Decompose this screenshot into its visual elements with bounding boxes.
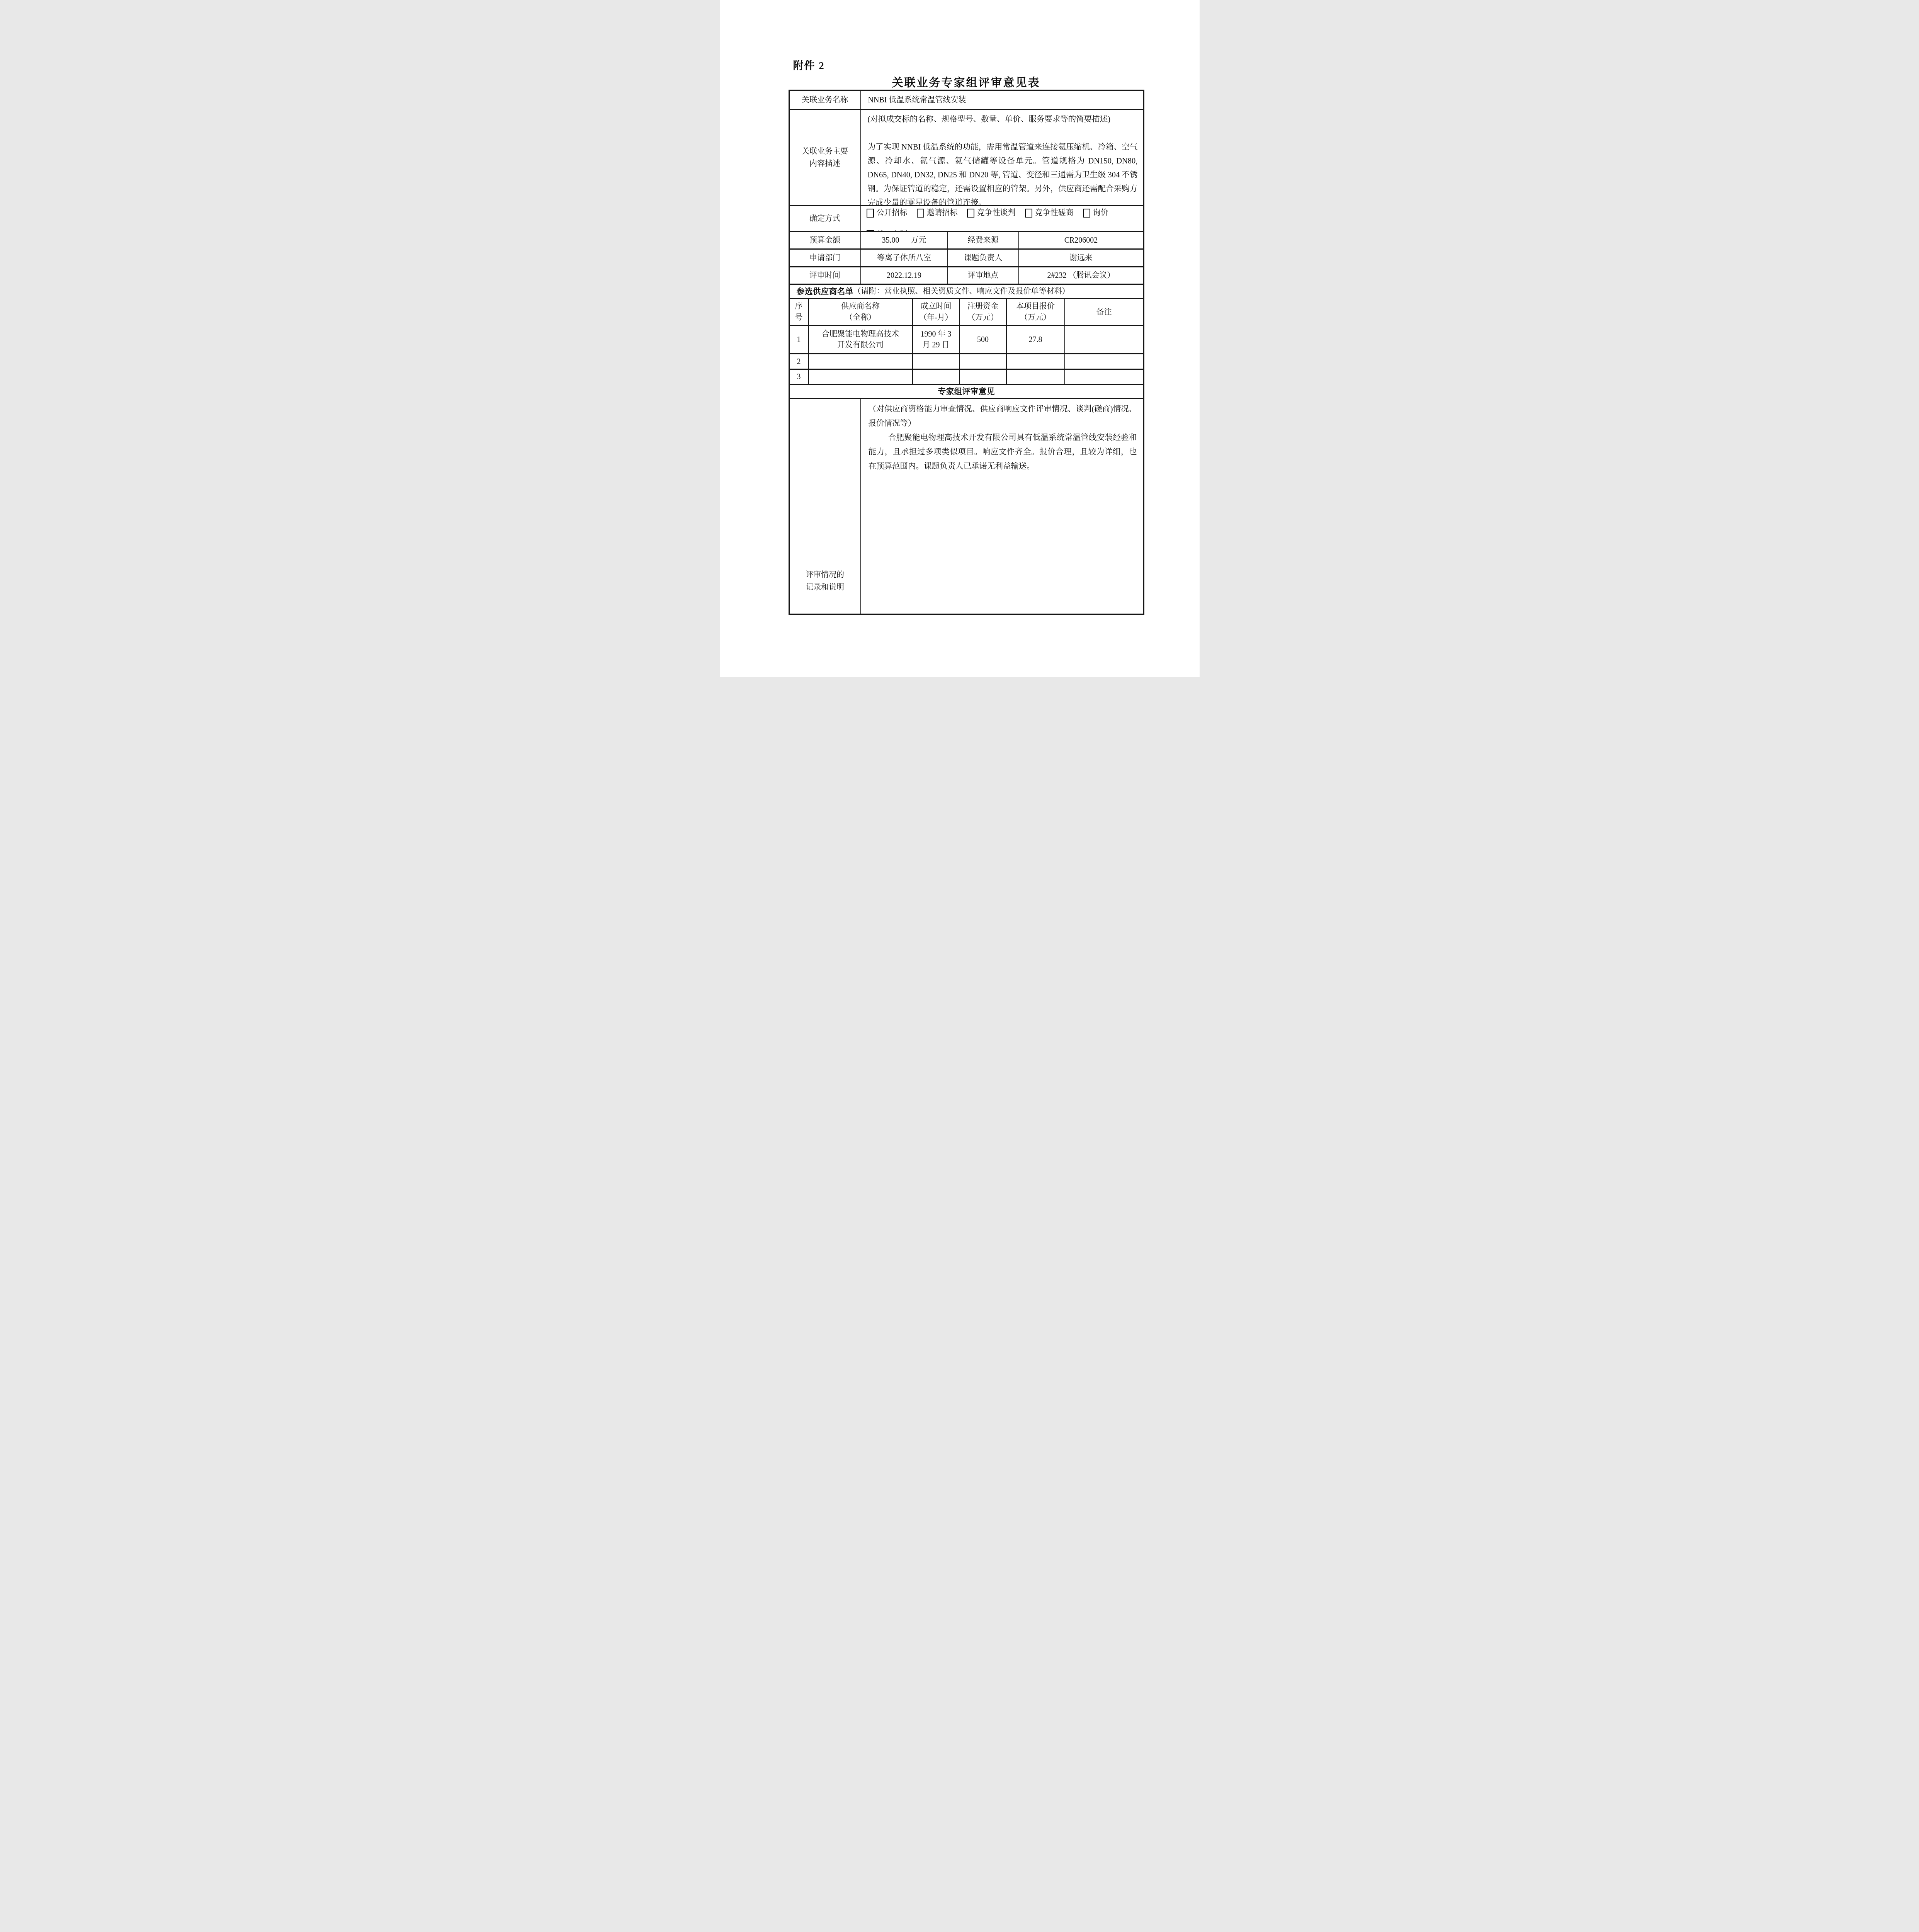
budget-unit: 万元 (911, 235, 926, 246)
supplier-row-quote: 27.8 (1007, 326, 1064, 353)
supplier-header-founded: 成立时间 （年-月） (913, 299, 959, 325)
supplier-row-no: 3 (790, 370, 808, 384)
review-record-cell: （对供应商资格能力审查情况、供应商响应文件评审情况、谈判(磋商)情况、报价情况等… (861, 399, 1143, 614)
description-body: 为了实现 NNBI 低温系统的功能，需用常温管道来连接氦压缩机、冷箱、空气源、冷… (868, 140, 1138, 205)
description-label: 关联业务主要 内容描述 (790, 110, 860, 205)
supplier-row-name (809, 354, 912, 369)
leader-label: 课题负责人 (948, 250, 1018, 266)
header-line: （全称） (845, 312, 876, 323)
checkbox-unchecked-icon (1083, 209, 1090, 218)
method-option-competitive-consultation: 竞争性磋商 (1025, 207, 1074, 218)
leader-value: 谢远来 (1019, 250, 1143, 266)
supplier-header-capital: 注册资金 （万元） (960, 299, 1006, 325)
review-form-table: 关联业务名称 NNBI 低温系统常温管线安装 关联业务主要 内容描述 (对拟成交… (789, 90, 1144, 615)
review-record-label: 评审情况的 记录和说明 (790, 399, 860, 614)
checkbox-unchecked-icon (1025, 209, 1032, 218)
review-time-label: 评审时间 (790, 267, 860, 284)
supplier-row-name: 合肥聚能电物理高技术开发有限公司 (809, 326, 912, 353)
document-page: 附件 2 关联业务专家组评审意见表 关联业务名称 NNBI 低温系统常温管线安装… (720, 0, 1200, 677)
review-record-label-line1: 评审情况的 (806, 569, 844, 581)
supplier-row-capital (960, 370, 1006, 384)
description-label-line2: 内容描述 (809, 158, 840, 170)
header-line: 注册资金 (967, 301, 998, 312)
business-name-label: 关联业务名称 (790, 91, 860, 109)
supplier-header-quote: 本项目报价 （万元） (1007, 299, 1064, 325)
header-line: （万元） (1020, 312, 1051, 323)
review-place-label: 评审地点 (948, 267, 1018, 284)
department-label: 申请部门 (790, 250, 860, 266)
method-option-single-source: 单一来源 (867, 229, 908, 231)
supplier-row-remark (1065, 370, 1143, 384)
description-label-line1: 关联业务主要 (802, 145, 848, 158)
supplier-row-no: 1 (790, 326, 808, 353)
method-label: 确定方式 (790, 206, 860, 231)
department-value: 等离子体所八室 (861, 250, 947, 266)
method-option-competitive-negotiation: 竞争性谈判 (967, 207, 1016, 218)
supplier-row-capital (960, 354, 1006, 369)
supplier-row-remark (1065, 354, 1143, 369)
supplier-row-quote (1007, 370, 1064, 384)
supplier-row-name (809, 370, 912, 384)
header-line: 供应商名称 (841, 301, 880, 312)
review-record-label-line2: 记录和说明 (806, 581, 844, 594)
supplier-header-remark: 备注 (1065, 299, 1143, 325)
supplier-row-quote (1007, 354, 1064, 369)
supplier-row-founded: 1990 年 3 月 29 日 (913, 326, 959, 353)
method-option-label: 竞争性磋商 (1035, 207, 1074, 218)
funding-source-value: CR206002 (1019, 232, 1143, 248)
supplier-row-founded (913, 354, 959, 369)
supplier-row-capital: 500 (960, 326, 1006, 353)
supplier-section-title: 参选供应商名单 (797, 286, 853, 297)
supplier-section-note: （请附：营业执照、相关资质文件、响应文件及报价单等材料） (853, 286, 1070, 297)
description-cell: (对拟成交标的名称、规格型号、数量、单价、服务要求等的简要描述) 为了实现 NN… (861, 110, 1143, 205)
page-title: 关联业务专家组评审意见表 (789, 74, 1144, 90)
funding-source-label: 经费来源 (948, 232, 1018, 248)
supplier-header-name: 供应商名称 （全称） (809, 299, 912, 325)
budget-amount: 35.00 (882, 235, 899, 246)
supplier-row-remark (1065, 326, 1143, 353)
method-option-label: 单一来源 (877, 229, 908, 231)
review-record-note: （对供应商资格能力审查情况、供应商响应文件评审情况、谈判(磋商)情况、报价情况等… (869, 402, 1137, 431)
supplier-row-no: 2 (790, 354, 808, 369)
header-line: 成立时间 (921, 301, 952, 312)
review-place-value: 2#232 （腾讯会议） (1019, 267, 1143, 284)
header-line: （年-月） (919, 312, 953, 323)
header-line: 本项目报价 (1016, 301, 1055, 312)
review-time-value: 2022.12.19 (861, 267, 947, 284)
review-record-body: 合肥聚能电物理高技术开发有限公司具有低温系统常温管线安装经验和能力，且承担过多项… (869, 431, 1137, 474)
description-note: (对拟成交标的名称、规格型号、数量、单价、服务要求等的简要描述) (868, 112, 1138, 126)
method-option-label: 公开招标 (877, 207, 908, 218)
supplier-row-founded (913, 370, 959, 384)
checkbox-unchecked-icon (917, 209, 924, 218)
expert-section-title: 专家组评审意见 (790, 385, 1143, 398)
method-option-inquiry: 询价 (1083, 207, 1108, 218)
attachment-label: 附件 2 (793, 57, 825, 72)
supplier-section-heading: 参选供应商名单 （请附：营业执照、相关资质文件、响应文件及报价单等材料） (790, 285, 1143, 298)
checkbox-checked-icon (867, 230, 874, 231)
method-options: 公开招标 邀请招标 竞争性谈判 竞争性磋商 询价 单一来源 (861, 206, 1143, 231)
header-line: 号 (795, 312, 803, 323)
supplier-header-no: 序 号 (790, 299, 808, 325)
method-option-label: 询价 (1093, 207, 1108, 218)
method-option-invited-bidding: 邀请招标 (917, 207, 958, 218)
budget-label: 预算金额 (790, 232, 860, 248)
header-line: 序 (795, 301, 803, 312)
method-option-label: 邀请招标 (927, 207, 958, 218)
checkbox-unchecked-icon (867, 209, 874, 218)
checkbox-unchecked-icon (967, 209, 974, 218)
header-line: （万元） (967, 312, 998, 323)
method-option-public-bidding: 公开招标 (867, 207, 908, 218)
business-name-value: NNBI 低温系统常温管线安装 (861, 91, 1143, 109)
method-option-label: 竞争性谈判 (977, 207, 1016, 218)
budget-value-cell: 35.00 万元 (861, 232, 947, 248)
